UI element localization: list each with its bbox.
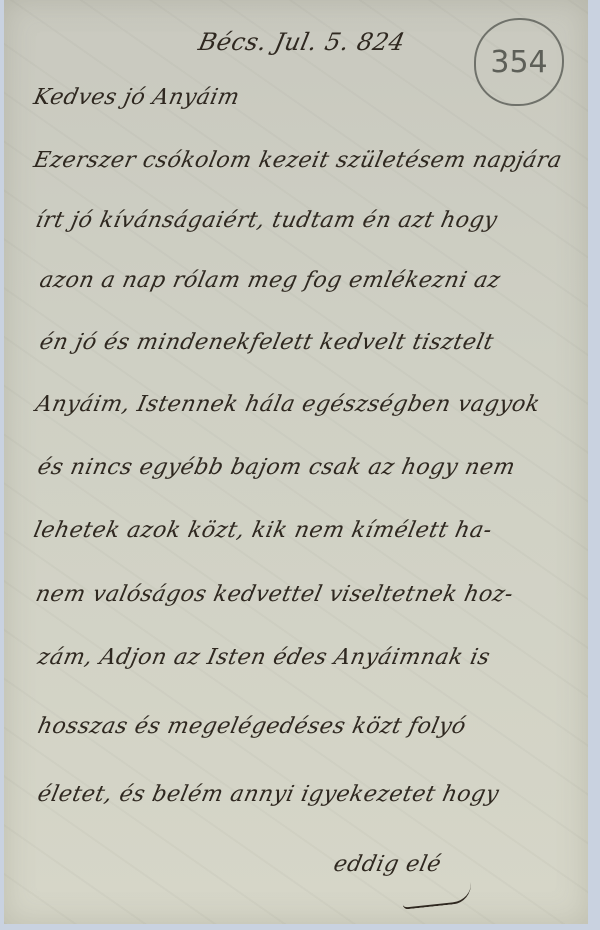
letter-line-7: lehetek azok közt, kik nem kímélett ha-	[31, 518, 494, 543]
salutation: Kedves jó Anyáim	[31, 85, 242, 110]
letter-line-9: zám, Adjon az Isten édes Anyáimnak is	[35, 645, 492, 670]
letter-line-4: én jó és mindenekfelett kedvelt tisztelt	[37, 330, 496, 355]
letter-line-11: életet, és belém annyi igyekezetet hogy	[35, 782, 501, 807]
catalog-number-stamp: 354	[474, 18, 564, 106]
letter-line-2: írt jó kívánságaiért, tudtam én azt hogy	[33, 208, 499, 233]
letter-page: Bécs. Jul. 5. 824 354 Kedves jó Anyáim E…	[4, 0, 588, 924]
date-line: Bécs. Jul. 5. 824	[196, 28, 408, 56]
letter-line-10: hosszas és megelégedéses közt folyó	[35, 714, 468, 739]
letter-line-8: nem valóságos kedvettel viseltetnek hoz-	[33, 582, 515, 607]
letter-line-5: Anyáim, Istennek hála egészségben vagyok	[33, 392, 542, 417]
letter-line-3: azon a nap rólam meg fog emlékezni az	[37, 268, 502, 293]
letter-line-12: eddig elé	[331, 852, 443, 877]
letter-line-6: és nincs egyébb bajom csak az hogy nem	[35, 455, 517, 480]
letter-line-1: Ezerszer csókolom kezeit születésem napj…	[31, 148, 564, 173]
